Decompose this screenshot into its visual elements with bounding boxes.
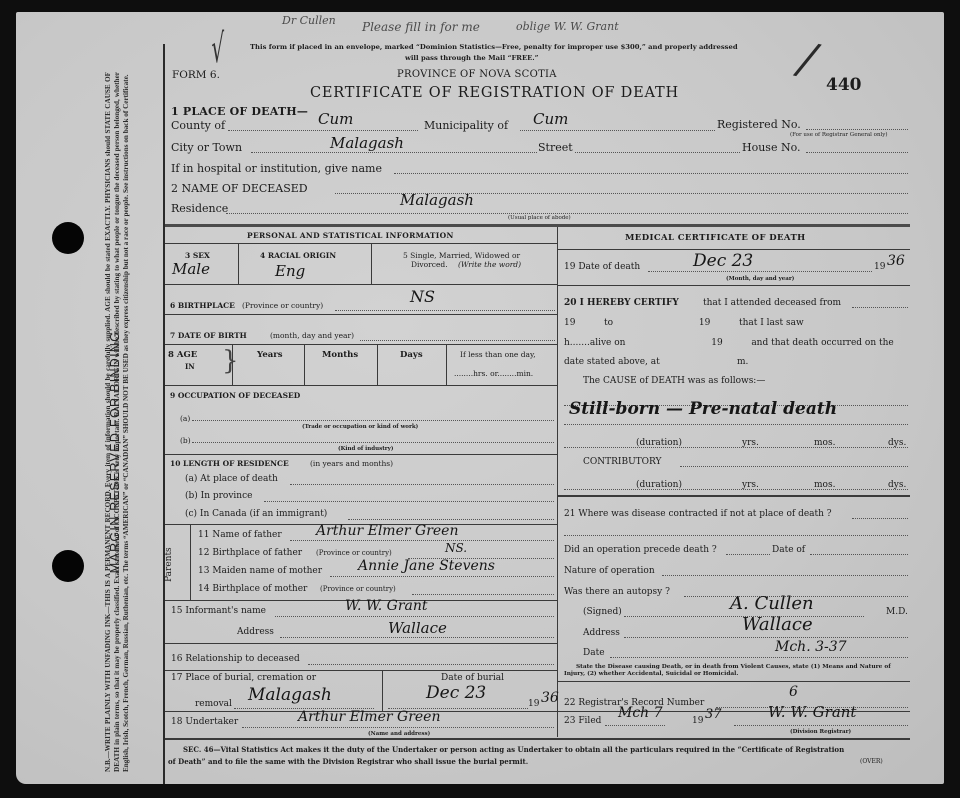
cause-of-death-value: Still-born — Pre-natal death [569, 399, 837, 419]
nature-operation-label: Nature of operation [564, 566, 655, 576]
occupation-b-prefix: (b) [180, 436, 191, 445]
mother-birthplace-label: 14 Birthplace of mother [198, 584, 307, 594]
cause-intro-label: The CAUSE of DEATH was as follows:— [583, 376, 765, 386]
residence-value: Malagash [400, 191, 474, 209]
operation-label: Did an operation precede death ? [564, 545, 717, 555]
occupation-a-prefix: (a) [180, 414, 190, 423]
autopsy-label: Was there an autopsy ? [564, 587, 670, 597]
serial-number: 440 [826, 75, 862, 95]
age-brace-icon: } [222, 346, 239, 376]
registrar-signature: W. W. Grant [768, 703, 856, 721]
place-of-death-label: 1 PLACE OF DEATH— [171, 105, 308, 118]
age-in-label: IN [185, 362, 195, 371]
birthplace-note: (Province or country) [242, 301, 323, 310]
residence-note: (Usual place of abode) [508, 215, 571, 221]
municipality-value: Cum [533, 110, 568, 128]
certify-line4: date stated above, at m. [564, 357, 748, 367]
residence-canada-label: (c) In Canada (if an immigrant) [185, 509, 327, 519]
residence-label: Residence [171, 202, 228, 215]
filed-date-value: Mch 7 [618, 705, 663, 721]
over-label: (OVER) [860, 758, 883, 765]
age-hrs-min-label: ........hrs. or........min. [454, 369, 533, 378]
father-name-label: 11 Name of father [198, 530, 282, 540]
date-of-death-label: 19 Date of death [564, 262, 640, 272]
city-value: Malagash [330, 134, 404, 152]
house-no-label: House No. [742, 141, 801, 154]
physician-date-label: Date [583, 648, 605, 658]
burial-place-label: 17 Place of burial, cremation or [171, 673, 316, 683]
registered-no-label: Registered No. [717, 118, 801, 131]
operation-date-label: Date of [772, 545, 805, 555]
informant-address-value: Wallace [388, 619, 447, 637]
parents-side-label: Parents [164, 547, 174, 582]
age-less-label: If less than one day, [460, 350, 536, 359]
burial-date-label: Date of burial [441, 673, 504, 683]
father-birthplace-label: 12 Birthplace of father [198, 548, 302, 558]
contributory-label: CONTRIBUTORY [583, 457, 662, 467]
age-months-label: Months [322, 350, 358, 360]
father-birthplace-note: (Province or country) [316, 549, 392, 557]
hospital-label: If in hospital or institution, give name [171, 162, 382, 175]
annotation-oblige: oblige W. W. Grant [516, 20, 619, 33]
father-name-value: Arthur Elmer Green [316, 523, 458, 539]
occupation-a-note: (Trade or occupation or kind of work) [302, 424, 418, 430]
physician-signature: A. Cullen [730, 593, 814, 614]
medical-section-title: MEDICAL CERTIFICATE OF DEATH [625, 233, 806, 243]
marital-note: (Write the word) [458, 260, 521, 269]
province-label: PROVINCE OF NOVA SCOTIA [397, 69, 557, 80]
certify-line1: that I attended deceased from [703, 298, 841, 308]
md-label: M.D. [886, 607, 908, 617]
personal-section-title: PERSONAL AND STATISTICAL INFORMATION [247, 231, 454, 240]
binding-hole-bottom [52, 550, 84, 582]
birthplace-value: NS [410, 287, 435, 306]
yrs-label-1: yrs. [742, 438, 759, 448]
burial-removal-label: removal [195, 699, 232, 709]
record-number-value: 6 [789, 684, 798, 700]
birthplace-label: 6 BIRTHPLACE [170, 301, 235, 310]
certify-line3: h.......alive on 19 and that death occur… [564, 338, 894, 348]
marital-label-1: 5 Single, Married, Widowed or [403, 251, 520, 260]
annotation-dr-cullen: Dr Cullen [282, 14, 336, 27]
yrs-label-2: yrs. [742, 480, 759, 490]
undertaker-label: 18 Undertaker [171, 717, 238, 727]
filed-year-value: 37 [705, 707, 722, 722]
deceased-name-label: 2 NAME OF DECEASED [171, 182, 308, 195]
sec46-line2: of Death” and to file the same with the … [168, 757, 528, 766]
racial-origin-label: 4 RACIAL ORIGIN [260, 251, 336, 260]
division-registrar-note: (Division Registrar) [790, 729, 851, 735]
margin-instructions: N.B.—WRITE PLAINLY WITH UNFADING INK—THI… [104, 72, 186, 772]
certificate-title: CERTIFICATE OF REGISTRATION OF DEATH [310, 85, 679, 101]
mother-birthplace-note: (Province or country) [320, 585, 396, 593]
county-label: County of [171, 119, 225, 132]
footer-divider [165, 738, 910, 740]
age-label: 8 AGE [168, 350, 197, 360]
checkmark-left-icon: √ [211, 26, 224, 72]
residence-province-label: (b) In province [185, 491, 252, 501]
residence-at-death-label: (a) At place of death [185, 474, 278, 484]
dob-label: 7 DATE OF BIRTH [170, 331, 247, 340]
physician-address-label: Address [583, 628, 620, 638]
dob-note: (month, day and year) [270, 331, 354, 340]
occupation-label: 9 OCCUPATION OF DECEASED [170, 391, 300, 400]
racial-origin-value: Eng [275, 262, 305, 280]
binding-hole-top [52, 222, 84, 254]
city-label: City or Town [171, 141, 242, 154]
mother-name-value: Annie Jane Stevens [358, 558, 495, 574]
street-label: Street [538, 141, 573, 154]
column-divider [557, 227, 558, 737]
burial-date-value: Dec 23 [426, 683, 486, 703]
residence-length-note: (in years and months) [310, 459, 393, 468]
marital-label-2: Divorced. [411, 260, 448, 269]
undertaker-value: Arthur Elmer Green [298, 709, 440, 725]
mos-label-2: mos. [814, 480, 835, 490]
mother-name-label: 13 Maiden name of mother [198, 566, 322, 576]
burial-year-value: 36 [541, 690, 559, 706]
age-years-label: Years [257, 350, 283, 360]
certify-bold-label: 20 I HEREBY CERTIFY [564, 298, 679, 308]
informant-address-label: Address [237, 627, 274, 637]
filed-year-prefix: 19 [692, 716, 703, 726]
informant-name-value: W. W. Grant [345, 598, 428, 614]
filed-label: 23 Filed [564, 716, 601, 726]
burial-year-prefix: 19 [528, 699, 539, 709]
age-days-label: Days [400, 350, 423, 360]
father-birthplace-value: NS. [445, 541, 467, 555]
registered-no-note: (For use of Registrar General only) [790, 132, 888, 138]
sex-label: 3 SEX [185, 251, 210, 260]
mos-label-1: mos. [814, 438, 835, 448]
violent-causes-note: State the Disease causing Death, or in d… [564, 664, 910, 678]
date-of-death-value: Dec 23 [693, 251, 753, 271]
county-value: Cum [318, 110, 353, 128]
dys-label-2: dys. [888, 480, 906, 490]
certify-line2: 19 to 19 that I last saw [564, 318, 804, 328]
form-number: FORM 6. [172, 69, 220, 81]
dys-label-1: dys. [888, 438, 906, 448]
binding-margin-line [163, 44, 165, 784]
mail-notice-line2: will pass through the Mail “FREE.” [405, 54, 539, 62]
informant-name-label: 15 Informant's name [171, 606, 266, 616]
undertaker-note: (Name and address) [368, 731, 430, 737]
death-year-value: 36 [887, 253, 905, 269]
municipality-label: Municipality of [424, 119, 508, 132]
burial-place-value: Malagash [248, 685, 332, 705]
signed-label: (Signed) [583, 607, 622, 617]
physician-address-value: Wallace [742, 614, 813, 635]
physician-date-value: Mch. 3-37 [775, 639, 847, 655]
occupation-b-note: (Kind of industry) [338, 446, 393, 452]
annotation-please-fill: Please fill in for me [362, 20, 480, 34]
residence-length-label: 10 LENGTH OF RESIDENCE [170, 459, 289, 468]
mail-notice-line1: This form if placed in an envelope, mark… [250, 43, 738, 51]
where-contracted-label: 21 Where was disease contracted if not a… [564, 509, 832, 519]
death-year-prefix: 19 [874, 262, 885, 272]
relationship-label: 16 Relationship to deceased [171, 654, 300, 664]
date-of-death-note: (Month, day and year) [726, 276, 794, 282]
sec46-line1: SEC. 46—Vital Statistics Act makes it th… [183, 745, 844, 754]
sex-value: Male [172, 260, 210, 278]
section-divider [165, 224, 910, 227]
